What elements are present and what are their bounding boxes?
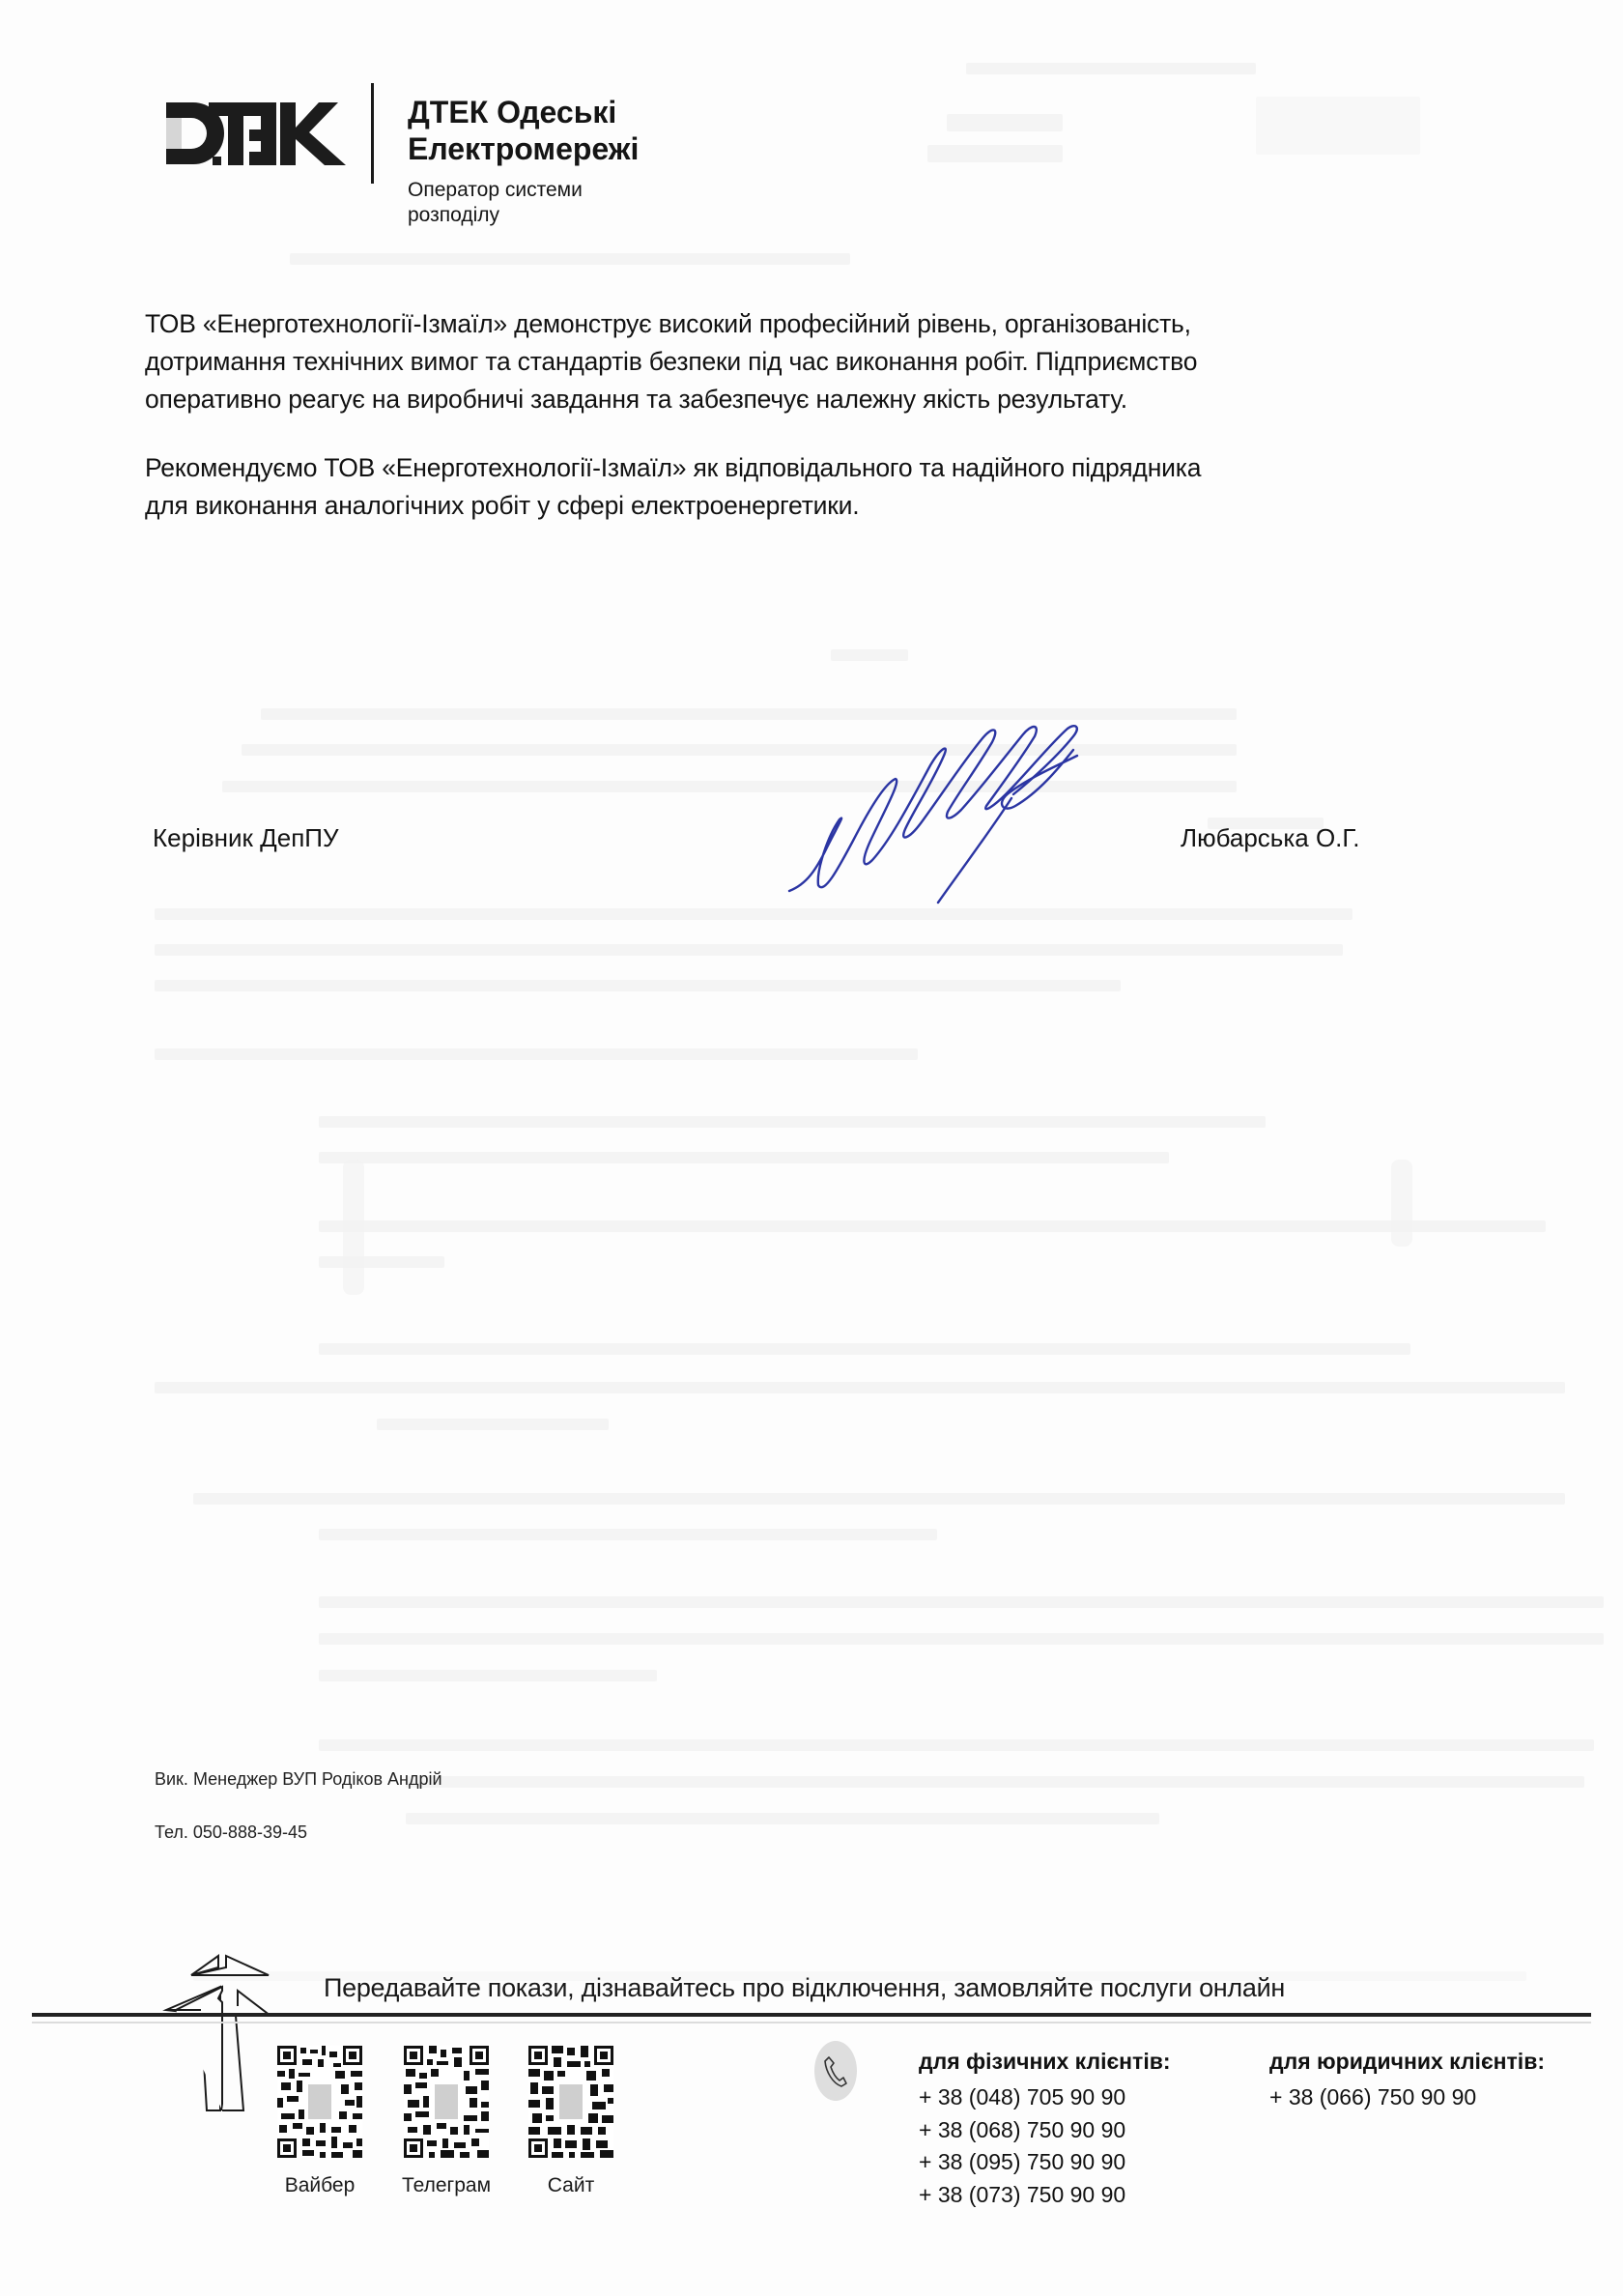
company-subtitle-line1: Оператор системи [408,178,583,203]
paragraph-line: Рекомендуємо ТОВ «Енерготехнології-Ізмаї… [145,449,1497,487]
qr-viber[interactable]: Вайбер [275,2046,364,2197]
company-subtitle-line2: розподілу [408,203,583,228]
executor-contact: Вик. Менеджер ВУП Родіков Андрій Тел. 05… [155,1768,442,1843]
paragraph-line: оперативно реагує на виробничі завдання … [145,381,1497,418]
company-subtitle: Оператор системи розподілу [408,178,583,228]
phone-number[interactable]: + 38 (095) 750 90 90 [919,2146,1171,2179]
qr-code-icon[interactable] [404,2046,489,2158]
company-name: ДТЕК Одеські Електромережі [408,94,639,167]
qr-code-icon[interactable] [277,2046,362,2158]
paragraph: Рекомендуємо ТОВ «Енерготехнології-Ізмаї… [145,449,1497,525]
paragraph-line: для виконання аналогічних робіт у сфері … [145,487,1497,525]
letter-body: ТОВ «Енерготехнології-Ізмаїл» демонструє… [145,305,1497,525]
phone-number[interactable]: + 38 (068) 750 90 90 [919,2114,1171,2147]
phone-number[interactable]: + 38 (066) 750 90 90 [1269,2081,1545,2114]
paragraph-line: ТОВ «Енерготехнології-Ізмаїл» демонструє… [145,305,1497,343]
paragraph-line: дотримання технічних вимог та стандартів… [145,343,1497,381]
executor-phone: Тел. 050-888-39-45 [155,1822,442,1843]
executor-name: Вик. Менеджер ВУП Родіков Андрій [155,1768,442,1790]
phone-number[interactable]: + 38 (073) 750 90 90 [919,2179,1171,2212]
paragraph: ТОВ «Енерготехнології-Ізмаїл» демонструє… [145,305,1497,418]
phone-number[interactable]: + 38 (048) 705 90 90 [919,2081,1171,2114]
qr-label: Телеграм [383,2174,510,2197]
qr-website[interactable]: Сайт [527,2046,615,2197]
company-name-line1: ДТЕК Одеські [408,94,639,130]
power-tower-icon [162,1948,274,2114]
qr-label: Вайбер [256,2174,384,2197]
legal-clients-heading: для юридичних клієнтів: [1269,2047,1545,2076]
signer-name: Любарська О.Г. [1181,823,1360,853]
legal-clients-contacts: для юридичних клієнтів: + 38 (066) 750 9… [1269,2047,1545,2114]
individual-clients-contacts: для фізичних клієнтів: + 38 (048) 705 90… [919,2047,1171,2211]
individual-clients-heading: для фізичних клієнтів: [919,2047,1171,2076]
phone-icon [814,2041,857,2101]
dtek-logo-icon [166,100,348,166]
footer-divider [32,2013,1591,2017]
signer-role: Керівник ДепПУ [153,823,339,853]
qr-label: Сайт [507,2174,635,2197]
handwritten-signature [778,705,1087,908]
qr-code-icon[interactable] [528,2046,613,2158]
qr-telegram[interactable]: Телеграм [402,2046,491,2197]
footer-slogan: Передавайте покази, дізнавайтесь про від… [324,1973,1285,2003]
footer-divider-secondary [32,2022,1591,2023]
company-name-line2: Електромережі [408,130,639,167]
header-divider [371,83,374,184]
